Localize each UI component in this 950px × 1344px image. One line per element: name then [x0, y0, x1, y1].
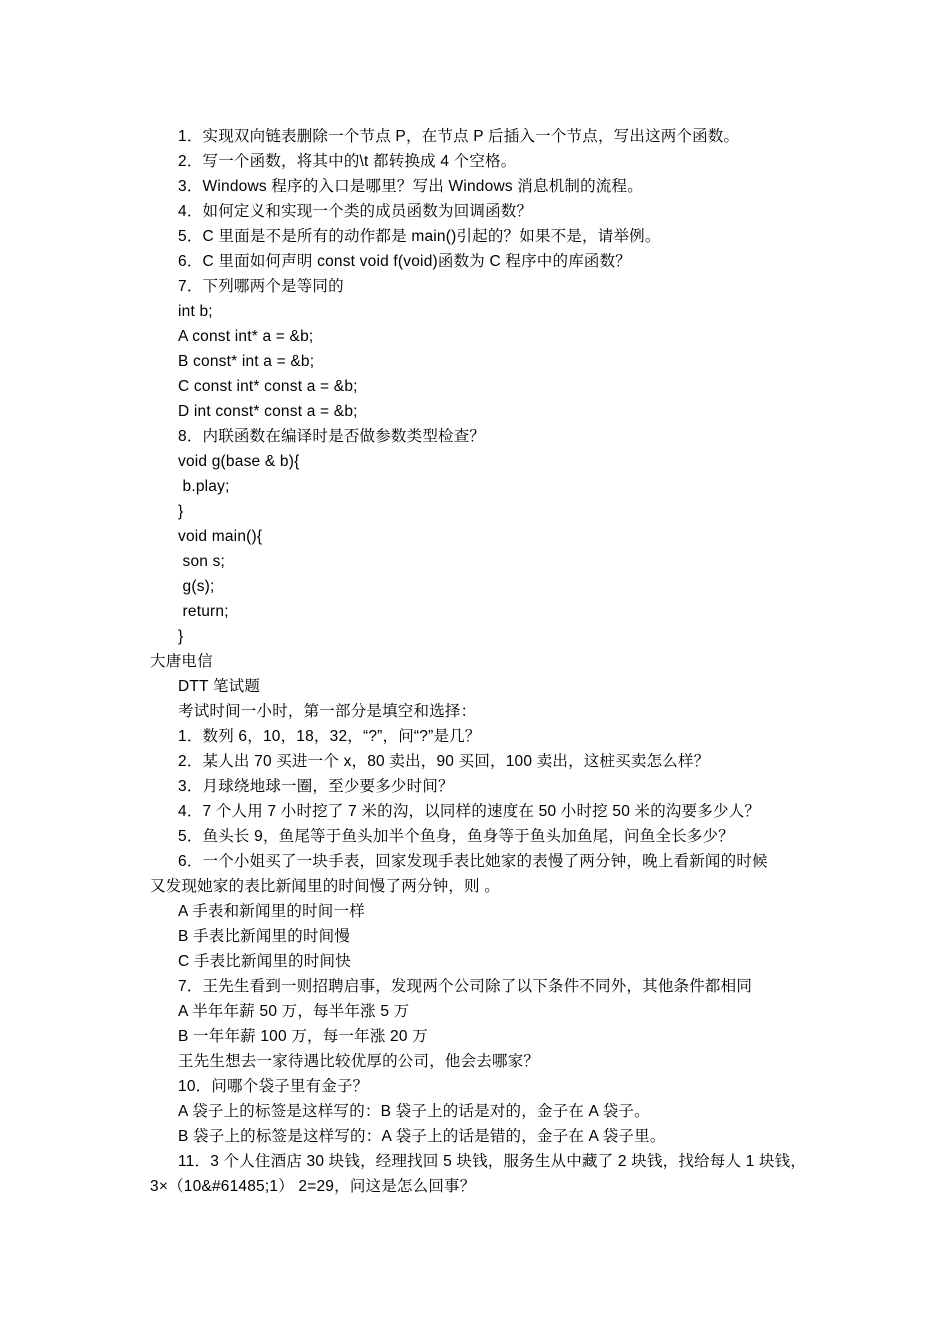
text-line: 7．王先生看到一则招聘启事，发现两个公司除了以下条件不同外，其他条件都相同 [150, 974, 940, 999]
text-line: 2．写一个函数，将其中的\t 都转换成 4 个空格。 [150, 149, 940, 174]
document-body: 1．实现双向链表删除一个节点 P，在节点 P 后插入一个节点，写出这两个函数。2… [150, 124, 940, 1199]
text-line: A const int* a = &b; [150, 324, 940, 349]
text-line: C 手表比新闻里的时间快 [150, 949, 940, 974]
text-line: 6．C 里面如何声明 const void f(void)函数为 C 程序中的库… [150, 249, 940, 274]
text-line: 7．下列哪两个是等同的 [150, 274, 940, 299]
text-line: 4．如何定义和实现一个类的成员函数为回调函数？ [150, 199, 940, 224]
text-line: 4．7 个人用 7 小时挖了 7 米的沟，以同样的速度在 50 小时挖 50 米… [150, 799, 940, 824]
text-line: 王先生想去一家待遇比较优厚的公司，他会去哪家？ [150, 1049, 940, 1074]
text-line: int b; [150, 299, 940, 324]
text-line: D int const* const a = &b; [150, 399, 940, 424]
text-line: A 手表和新闻里的时间一样 [150, 899, 940, 924]
text-line: 10．问哪个袋子里有金子？ [150, 1074, 940, 1099]
text-line: 大唐电信 [150, 649, 940, 674]
text-line: 8．内联函数在编译时是否做参数类型检查？ [150, 424, 940, 449]
text-line: } [150, 499, 940, 524]
text-line: B const* int a = &b; [150, 349, 940, 374]
document-page: 1．实现双向链表删除一个节点 P，在节点 P 后插入一个节点，写出这两个函数。2… [0, 0, 950, 1344]
text-line: 1．数列 6，10，18，32，“?”，问“?”是几？ [150, 724, 940, 749]
text-line: g(s); [150, 574, 940, 599]
text-line: void main(){ [150, 524, 940, 549]
text-line: 6．一个小姐买了一块手表，回家发现手表比她家的表慢了两分钟，晚上看新闻的时候 [150, 849, 940, 874]
text-line: A 袋子上的标签是这样写的：B 袋子上的话是对的，金子在 A 袋子。 [150, 1099, 940, 1124]
text-line: B 一年年薪 100 万，每一年涨 20 万 [150, 1024, 940, 1049]
text-line: 1．实现双向链表删除一个节点 P，在节点 P 后插入一个节点，写出这两个函数。 [150, 124, 940, 149]
text-line: 5．鱼头长 9，鱼尾等于鱼头加半个鱼身，鱼身等于鱼头加鱼尾，问鱼全长多少？ [150, 824, 940, 849]
text-line: 11．3 个人住酒店 30 块钱，经理找回 5 块钱，服务生从中藏了 2 块钱，… [150, 1149, 940, 1174]
text-line: b.play; [150, 474, 940, 499]
text-line: 又发现她家的表比新闻里的时间慢了两分钟，则 。 [150, 874, 940, 899]
text-line: 2．某人出 70 买进一个 x，80 卖出，90 买回，100 卖出，这桩买卖怎… [150, 749, 940, 774]
text-line: 3．Windows 程序的入口是哪里？写出 Windows 消息机制的流程。 [150, 174, 940, 199]
text-line: son s; [150, 549, 940, 574]
text-line: A 半年年薪 50 万，每半年涨 5 万 [150, 999, 940, 1024]
text-line: B 手表比新闻里的时间慢 [150, 924, 940, 949]
text-line: 3．月球绕地球一圈，至少要多少时间？ [150, 774, 940, 799]
text-line: void g(base & b){ [150, 449, 940, 474]
text-line: } [150, 624, 940, 649]
text-line: C const int* const a = &b; [150, 374, 940, 399]
text-line: B 袋子上的标签是这样写的：A 袋子上的话是错的，金子在 A 袋子里。 [150, 1124, 940, 1149]
text-line: 考试时间一小时，第一部分是填空和选择： [150, 699, 940, 724]
text-line: 5．C 里面是不是所有的动作都是 main()引起的？如果不是，请举例。 [150, 224, 940, 249]
text-line: return; [150, 599, 940, 624]
text-line: 3×（10&#61485;1） 2=29，问这是怎么回事？ [150, 1174, 940, 1199]
text-line: DTT 笔试题 [150, 674, 940, 699]
